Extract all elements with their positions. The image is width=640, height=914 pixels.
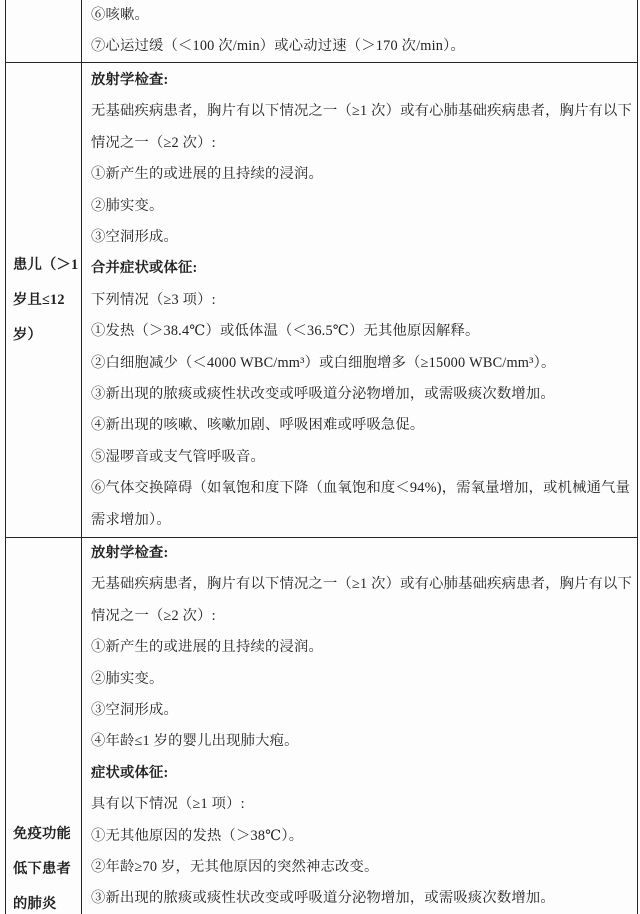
criteria-item: ⑤湿啰音或支气管呼吸音。 (91, 442, 635, 473)
criteria-cell: 放射学检查: 无基础疾病患者，胸片有以下情况之一（≥1 次）或有心肺基础疾病患者… (82, 538, 637, 914)
criteria-item: ②肺实变。 (91, 191, 635, 222)
criteria-item: ②年龄≥70 岁，无其他原因的突然神志改变。 (91, 852, 635, 883)
section-heading-radiology: 放射学检查: (91, 538, 635, 569)
table-row-child-patient: 患儿（＞1 岁且≤12 岁） 放射学检查: 无基础疾病患者，胸片有以下情况之一（… (6, 62, 637, 537)
table-row-immunocompromised: 免疫功能 低下患者 的肺炎 放射学检查: 无基础疾病患者，胸片有以下情况之一（≥… (6, 537, 637, 914)
document-page: ⑥咳嗽。 ⑦心运过缓（＜100 次/min）或心动过速（＞170 次/min）。… (0, 0, 640, 914)
criteria-item: ③空洞形成。 (91, 695, 635, 726)
pneumonia-criteria-table: ⑥咳嗽。 ⑦心运过缓（＜100 次/min）或心动过速（＞170 次/min）。… (5, 0, 638, 914)
row-header-text: 免疫功能 (13, 817, 79, 852)
section-heading-combined-symptoms: 合并症状或体征: (91, 253, 635, 284)
criteria-item: ①无其他原因的发热（＞38℃）。 (91, 821, 635, 852)
section-heading-symptoms: 症状或体征: (91, 758, 635, 789)
criteria-item: ①新产生的或进展的且持续的浸润。 (91, 632, 635, 663)
criteria-item: ①新产生的或进展的且持续的浸润。 (91, 159, 635, 190)
row-header-text: 的肺炎 (13, 887, 79, 914)
row-header-text: 岁且≤12 (13, 283, 79, 318)
criteria-intro: 下列情况（≥3 项）: (91, 285, 635, 316)
criteria-item: ④新出现的咳嗽、咳嗽加剧、呼吸困难或呼吸急促。 (91, 410, 635, 441)
row-header-cell-empty (6, 0, 82, 62)
criteria-intro: 具有以下情况（≥1 项）: (91, 789, 635, 820)
criteria-cell: 放射学检查: 无基础疾病患者，胸片有以下情况之一（≥1 次）或有心肺基础疾病患者… (82, 63, 637, 537)
criteria-item: ⑥咳嗽。 (91, 0, 635, 31)
criteria-item: ②肺实变。 (91, 664, 635, 695)
row-header-text: 患儿（＞1 (13, 248, 79, 283)
criteria-cell: ⑥咳嗽。 ⑦心运过缓（＜100 次/min）或心动过速（＞170 次/min）。 (82, 0, 637, 62)
section-heading-radiology: 放射学检查: (91, 65, 635, 96)
criteria-intro: 无基础疾病患者，胸片有以下情况之一（≥1 次）或有心肺基础疾病患者，胸片有以下情… (91, 569, 635, 632)
criteria-item: ③空洞形成。 (91, 222, 635, 253)
criteria-item: ②白细胞减少（＜4000 WBC/mm³）或白细胞增多（≥15000 WBC/m… (91, 348, 635, 379)
criteria-item: ③新出现的脓痰或痰性状改变或呼吸道分泌物增加，或需吸痰次数增加。 (91, 379, 635, 410)
criteria-item: ⑦心运过缓（＜100 次/min）或心动过速（＞170 次/min）。 (91, 31, 635, 62)
criteria-item: ①发热（＞38.4℃）或低体温（＜36.5℃）无其他原因解释。 (91, 316, 635, 347)
criteria-item: ③新出现的脓痰或痰性状改变或呼吸道分泌物增加，或需吸痰次数增加。 (91, 883, 635, 914)
criteria-item: ④年龄≤1 岁的婴儿出现肺大疱。 (91, 726, 635, 757)
criteria-item: ⑥气体交换障碍（如氧饱和度下降（血氧饱和度＜94%)，需氧量增加，或机械通气量需… (91, 473, 635, 536)
table-row-continued: ⑥咳嗽。 ⑦心运过缓（＜100 次/min）或心动过速（＞170 次/min）。 (6, 0, 637, 62)
row-header-text: 岁） (13, 318, 79, 353)
row-header-cell: 患儿（＞1 岁且≤12 岁） (6, 63, 82, 537)
row-header-cell: 免疫功能 低下患者 的肺炎 (6, 538, 82, 914)
row-header-text: 低下患者 (13, 852, 79, 887)
criteria-intro: 无基础疾病患者，胸片有以下情况之一（≥1 次）或有心肺基础疾病患者，胸片有以下情… (91, 96, 635, 159)
